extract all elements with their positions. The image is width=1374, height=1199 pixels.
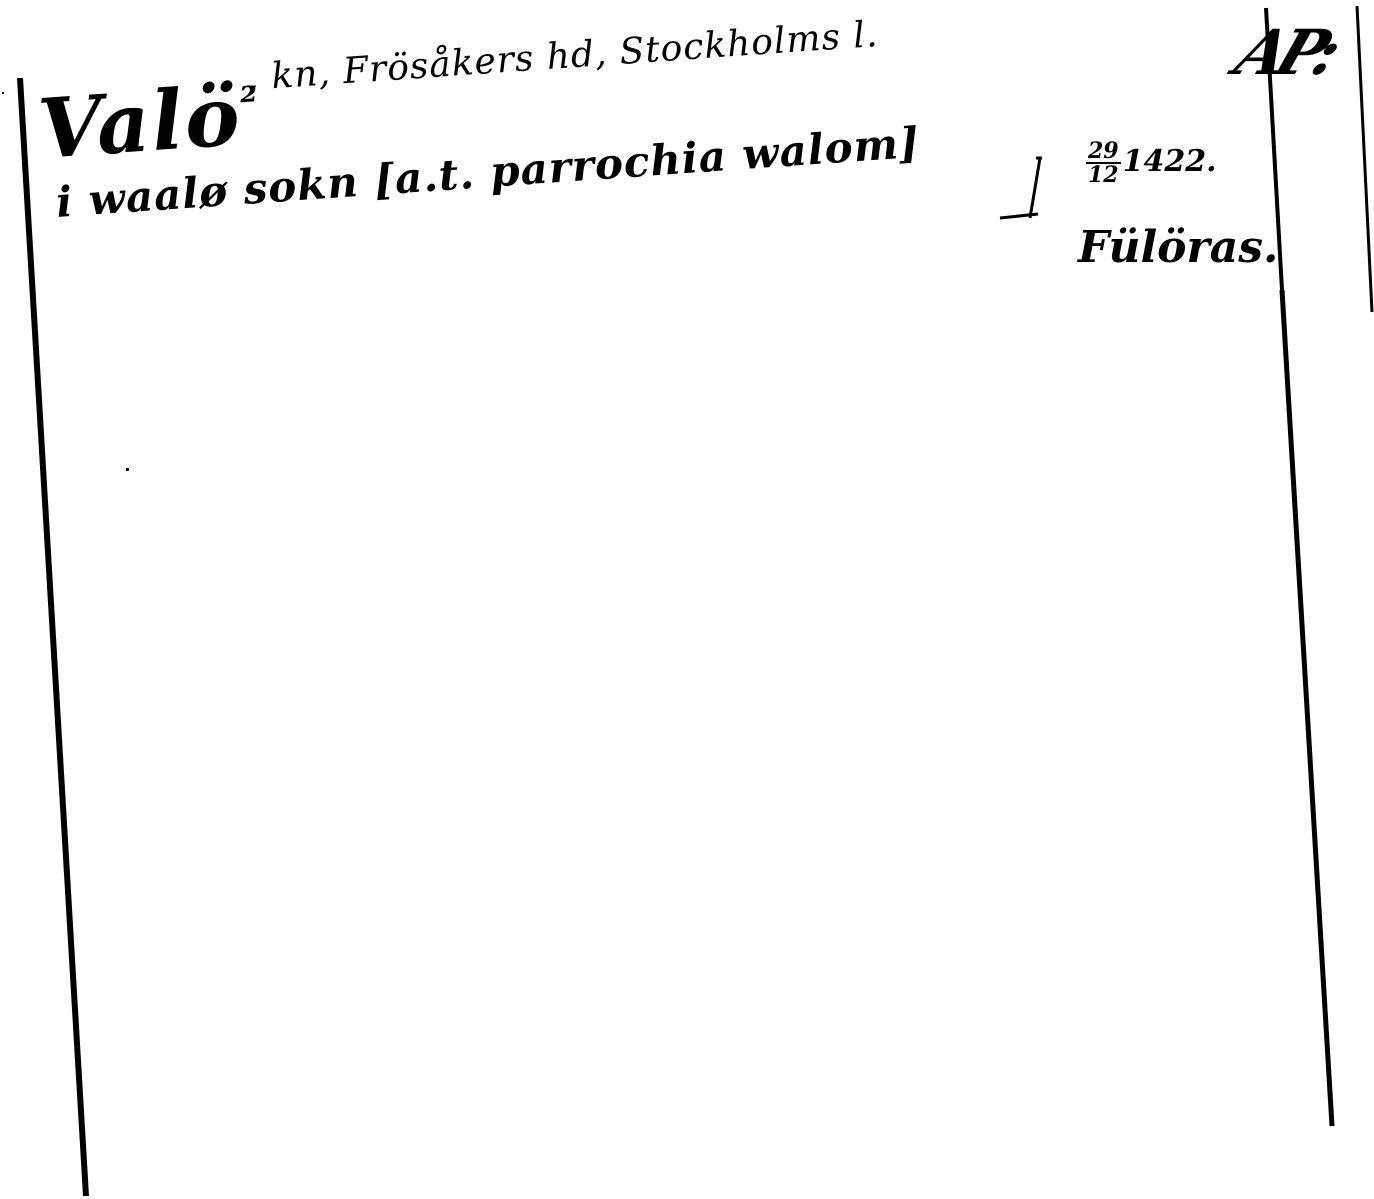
- index-card: Valö² , kn, Frösåkers hd, Stockholms l. …: [0, 0, 1374, 1199]
- date-trailing: .: [1206, 144, 1216, 179]
- date-fraction: 29 12: [1086, 140, 1121, 186]
- headword-text: Valö: [35, 68, 244, 178]
- headword: Valö²: [35, 67, 264, 178]
- ink-speck: [126, 468, 129, 471]
- ink-speck: [2, 92, 4, 94]
- source-reference: Fülöras.: [1078, 222, 1278, 273]
- date-month: 12: [1086, 164, 1121, 186]
- citation-date: 29 12 1422.: [1086, 140, 1217, 186]
- date-year: 1422: [1123, 144, 1207, 179]
- date-day: 29: [1086, 140, 1121, 164]
